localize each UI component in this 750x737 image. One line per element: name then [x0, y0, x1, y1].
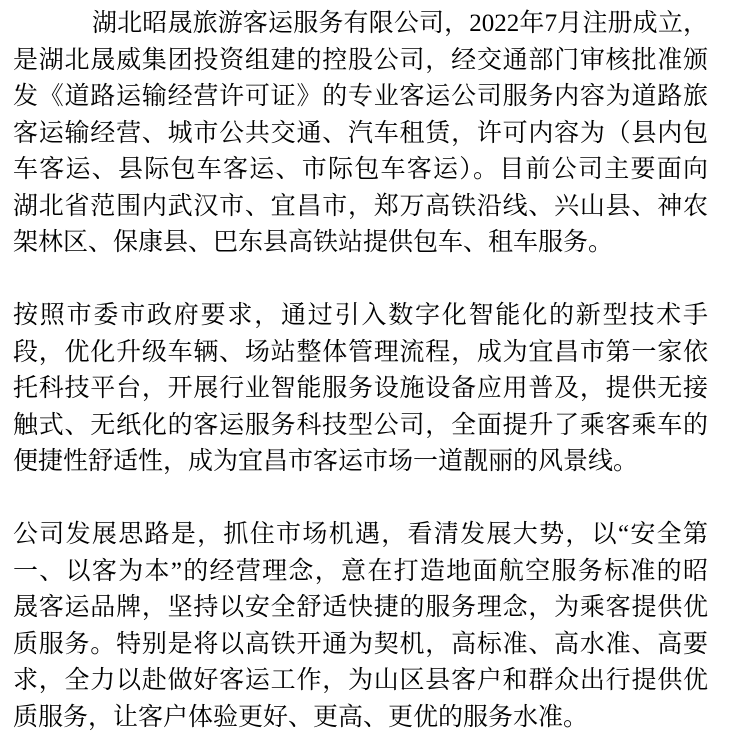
text-line: 是湖北晟威集团投资组建的控股公司，经交通部门审核批准颁 [13, 43, 708, 80]
text-line: 湖北昭晟旅游客运服务有限公司，2022年7月注册成立， [13, 6, 708, 43]
text-line: 质服务，让客户体验更好、更高、更优的服务水准。 [13, 700, 708, 737]
paragraph-development-strategy: 公司发展思路是，抓住市场机遇，看清发展大势，以“安全第 一、以客为本”的经营理念… [13, 517, 708, 736]
text-line: 车客运、县际包车客运、市际包车客运）。目前公司主要面向 [13, 152, 708, 189]
paragraph-company-intro: 湖北昭晟旅游客运服务有限公司，2022年7月注册成立， 是湖北晟威集团投资组建的… [13, 6, 708, 262]
text-line: 架林区、保康县、巴东县高铁站提供包车、租车服务。 [13, 225, 708, 262]
text-line: 湖北省范围内武汉市、宜昌市，郑万高铁沿线、兴山县、神农 [13, 189, 708, 226]
text-line: 一、以客为本”的经营理念，意在打造地面航空服务标准的昭 [13, 554, 708, 591]
paragraph-technology-upgrade: 按照市委市政府要求，通过引入数字化智能化的新型技术手 段，优化升级车辆、场站整体… [13, 298, 708, 481]
text-line: 客运输经营、城市公共交通、汽车租赁，许可内容为（县内包 [13, 116, 708, 153]
text-line: 段，优化升级车辆、场站整体管理流程，成为宜昌市第一家依 [13, 335, 708, 372]
text-line: 便捷性舒适性，成为宜昌市客运市场一道靓丽的风景线。 [13, 444, 708, 481]
text-line: 托科技平台，开展行业智能服务设施设备应用普及，提供无接 [13, 371, 708, 408]
text-line: 求，全力以赴做好客运工作，为山区县客户和群众出行提供优 [13, 663, 708, 700]
text-line: 晟客运品牌，坚持以安全舒适快捷的服务理念，为乘客提供优 [13, 590, 708, 627]
text-body: 湖北昭晟旅游客运服务有限公司，2022年7月注册成立， 是湖北晟威集团投资组建的… [13, 6, 708, 736]
document-page: 湖北昭晟旅游客运服务有限公司，2022年7月注册成立， 是湖北晟威集团投资组建的… [0, 0, 750, 737]
text-line: 触式、无纸化的客运服务科技型公司，全面提升了乘客乘车的 [13, 408, 708, 445]
text-line: 质服务。特别是将以高铁开通为契机，高标准、高水准、高要 [13, 627, 708, 664]
text-line: 发《道路运输经营许可证》的专业客运公司服务内容为道路旅 [13, 79, 708, 116]
text-line: 公司发展思路是，抓住市场机遇，看清发展大势，以“安全第 [13, 517, 708, 554]
text-line: 按照市委市政府要求，通过引入数字化智能化的新型技术手 [13, 298, 708, 335]
